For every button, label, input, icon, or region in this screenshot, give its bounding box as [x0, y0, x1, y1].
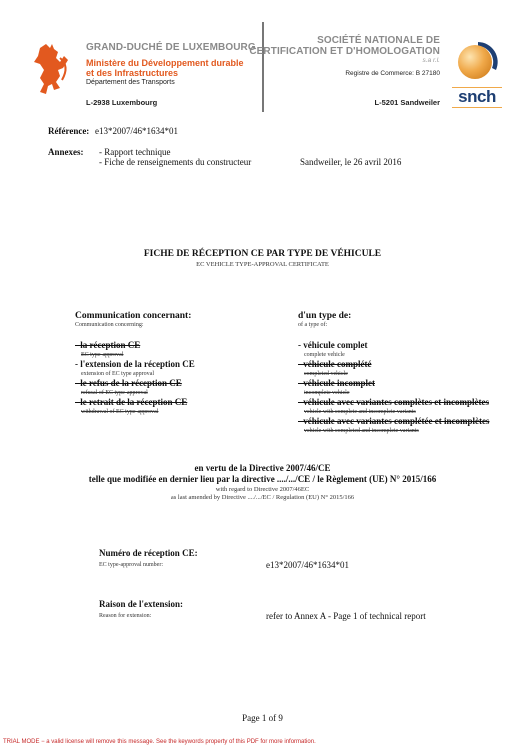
ministry-name-line2: et des Infrastructures [86, 68, 178, 78]
vehicle-type-heading-en: of a type of: [298, 321, 489, 329]
vehicle-type-item-fr: - véhicule avec variantes complètes et i… [298, 397, 489, 408]
vehicle-type-item-en: vehicle with completed and incomplete va… [298, 427, 489, 435]
vehicle-type-item-fr: - véhicule complété [298, 359, 489, 370]
header-divider [262, 22, 264, 112]
left-address: L-2938 Luxembourg [86, 98, 157, 107]
communication-section: Communication concernant: Communication … [75, 311, 195, 416]
communication-item-fr: - le refus de la réception CE [75, 378, 195, 389]
communication-item-en: extension of EC type approval [75, 370, 195, 378]
communication-item-fr: - la réception CE [75, 340, 195, 351]
directive-line1: en vertu de la Directive 2007/46/CE [0, 463, 525, 473]
reference-label: Référence: [48, 126, 89, 136]
extension-reason-label-en: Reason for extension: [99, 612, 151, 620]
communication-heading-en: Communication concerning: [75, 321, 195, 329]
vehicle-type-item: - véhicule completcomplete vehicle [298, 340, 489, 359]
vehicle-type-item-en: vehicle with complete and incomplete var… [298, 408, 489, 416]
reference-value: e13*2007/46*1634*01 [95, 126, 178, 136]
communication-item-en: EC type-approval [75, 351, 195, 359]
directive-line3: with regard to Directive 2007/46EC [0, 486, 525, 493]
extension-reason-value: refer to Annex A - Page 1 of technical r… [266, 611, 426, 621]
right-address: L-5201 Sandweiler [375, 98, 440, 107]
approval-number-label-en: EC type-approval number: [99, 561, 163, 569]
vehicle-type-section: d'un type de: of a type of: - véhicule c… [298, 311, 489, 435]
vehicle-type-item-en: completed vehicle [298, 370, 489, 378]
communication-item-en: refusal of EC type-approval [75, 389, 195, 397]
communication-heading: Communication concernant: [75, 311, 195, 321]
org-name-line1: SOCIÉTÉ NATIONALE DE [317, 35, 440, 46]
communication-item-en: withdrawal of EC type-approval [75, 408, 195, 416]
annex-item: - Rapport technique [99, 147, 170, 157]
communication-item: - l'extension de la réception CEextensio… [75, 359, 195, 378]
communication-item: - la réception CEEC type-approval [75, 340, 195, 359]
communication-item-fr: - le retrait de la réception CE [75, 397, 195, 408]
extension-reason-label: Raison de l'extension: [99, 599, 183, 609]
vehicle-type-list: - véhicule completcomplete vehicle- véhi… [298, 340, 489, 435]
vehicle-type-heading: d'un type de: [298, 311, 489, 321]
vehicle-type-item: - véhicule complétécompleted vehicle [298, 359, 489, 378]
vehicle-type-item-en: incomplete vehicle [298, 389, 489, 397]
org-name-line2: CERTIFICATION ET D'HOMOLOGATION [249, 46, 440, 57]
vehicle-type-item-fr: - véhicule avec variantes complétée et i… [298, 416, 489, 427]
country-name: GRAND-DUCHÉ DE LUXEMBOURG [86, 42, 256, 53]
annex-item: - Fiche de renseignements du constructeu… [99, 157, 251, 167]
department-name: Département des Transports [86, 79, 175, 86]
vehicle-type-item: - véhicule avec variantes complétée et i… [298, 416, 489, 435]
trial-mode-notice: TRIAL MODE − a valid license will remove… [3, 739, 316, 745]
communication-list: - la réception CEEC type-approval- l'ext… [75, 340, 195, 416]
legal-form: s.a r.l. [423, 57, 440, 64]
directive-line2: telle que modifiée en dernier lieu par l… [0, 474, 525, 484]
approval-number-label: Numéro de réception CE: [99, 548, 198, 558]
vehicle-type-item: - véhicule avec variantes complètes et i… [298, 397, 489, 416]
vehicle-type-item: - véhicule incompletincomplete vehicle [298, 378, 489, 397]
page-number: Page 1 of 9 [0, 713, 525, 723]
red-lion-icon [30, 40, 72, 98]
communication-item: - le retrait de la réception CEwithdrawa… [75, 397, 195, 416]
directive-line4: as last amended by Directive ..../.../EC… [0, 494, 525, 501]
snch-sphere-icon [452, 40, 502, 82]
luxembourg-lion-logo [30, 40, 72, 98]
snch-logo: snch [452, 40, 502, 106]
ministry-name-line1: Ministère du Développement durable [86, 58, 244, 68]
annexes-label: Annexes: [48, 147, 84, 157]
communication-item: - le refus de la réception CErefusal of … [75, 378, 195, 397]
communication-item-fr: - l'extension de la réception CE [75, 359, 195, 370]
snch-logo-text: snch [458, 87, 496, 106]
document-subtitle: EC VEHICLE TYPE-APPROVAL CERTIFICATE [0, 261, 525, 268]
vehicle-type-item-fr: - véhicule complet [298, 340, 489, 351]
approval-number-value: e13*2007/46*1634*01 [266, 560, 349, 570]
document-title: FICHE DE RÉCEPTION CE PAR TYPE DE VÉHICU… [0, 249, 525, 259]
registry-number: Registre de Commerce: B 27180 [345, 70, 440, 77]
vehicle-type-item-fr: - véhicule incomplet [298, 378, 489, 389]
vehicle-type-item-en: complete vehicle [298, 351, 489, 359]
place-date: Sandweiler, le 26 avril 2016 [300, 157, 401, 167]
